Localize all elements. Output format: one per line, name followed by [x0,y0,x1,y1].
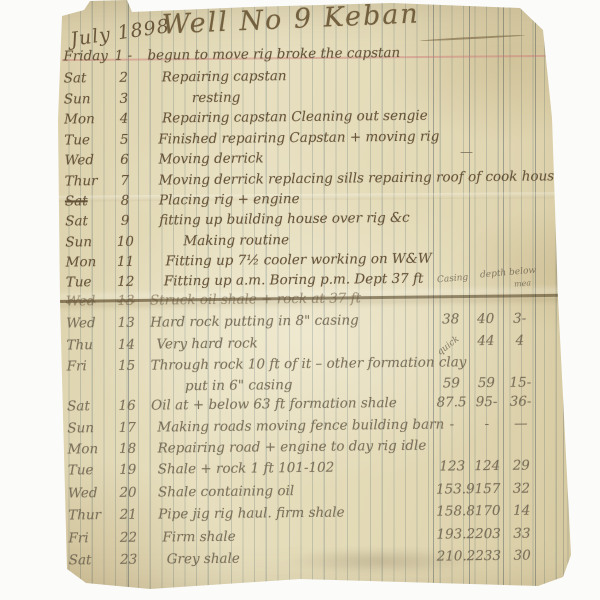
total-depth-value: - [471,416,502,432]
feet-made-value: 14 [506,503,537,519]
day-label: Sat [64,70,108,86]
entry-text: Pipe jig rig haul. firm shale [158,505,345,523]
total-depth-value: 233 [473,548,504,564]
entry-text: Finished repairing Capstan + moving rig [158,129,439,148]
feet-made-value: 15- [505,375,536,391]
entry-text: Repairing road + engine to day rig idle [157,438,426,457]
entry-text: Firm shale [162,529,235,546]
measure-note: mea [514,278,532,288]
casing-depth-value: 59 [435,375,468,391]
date-number: 5 [109,132,139,148]
day-label: Fri [67,358,111,374]
casing-depth-value: 87.5 [435,394,468,410]
total-depth-value: 95- [471,394,502,410]
date-number: 9 [110,213,140,229]
feet-made-value: 29 [506,458,537,474]
date-number: 10 [110,234,140,250]
total-depth-value: 40 [470,311,501,327]
entry-text: Placing rig + engine [159,191,300,208]
entry-text: Moving derrick replacing sills repairing… [159,168,563,188]
feet-made-value: — [505,416,536,432]
date-number: 20 [113,485,143,501]
date-number: 1 - [108,48,138,64]
casing-depth-value: 158.8 [436,503,469,519]
date-number: 18 [112,441,142,457]
entry-text: Shale + rock 1 ft 101-102 [158,460,335,478]
casing-depth-value: 193.2 [436,526,469,542]
casing-depth-value: 153.9 [436,481,469,497]
total-depth-value: 203 [472,526,503,542]
day-label: Friday [63,48,107,64]
feet-made-value: 36- [505,394,536,410]
day-label: Thur [68,507,112,523]
date-number: 7 [110,173,140,189]
entry-text: Through rock 10 ft of it – other formati… [151,354,467,373]
casing-depth-value: 38 [434,311,467,327]
entry-text: fitting up building house over rig &c [159,210,410,229]
ledger-row: Sat23Grey shale210.223330 [3,547,600,573]
day-label: Tue [68,462,112,478]
date-number: 13 [111,315,141,331]
day-label: Wed [66,293,110,309]
date-number: 22 [113,530,143,546]
entry-text: Fitting up 7½ cooler working on W&W [166,251,432,270]
date-number: 13 [111,293,141,309]
day-label: Mon [67,441,111,457]
casing-depth-value: 123 [436,458,469,474]
feet-made-value: 32 [506,481,537,497]
date-number: 3 [109,91,139,107]
casing-depth-value: 210.2 [437,548,470,564]
entry-text: Oil at + below 63 ft formation shale [151,395,397,414]
total-depth-value: 59 [471,375,502,391]
feet-made-value: 4 [504,333,535,349]
total-depth-value: 124 [472,458,503,474]
date-number: 6 [109,152,139,168]
day-label: Mon [64,111,108,127]
day-label: Sun [64,91,108,107]
day-label: Wed [68,485,112,501]
entry-text: Repairing capstan [162,68,287,85]
day-label: Fri [68,530,112,546]
day-label: Sun [65,234,109,250]
day-label: Sun [67,420,111,436]
date-number: 12 [111,274,141,290]
date-number: 11 [111,254,141,270]
feet-made-value: 33 [506,526,537,542]
entry-text: Shale containing oil [158,483,294,500]
date-number: 2 [109,70,139,86]
day-label: Thur [65,173,109,189]
total-depth-value: 157 [472,481,503,497]
entry-text: Making roads moving fence building barn [157,416,444,435]
date-number: 16 [112,398,142,414]
entry-text: Hard rock putting in 8" casing [150,312,359,330]
date-number: 4 [109,111,139,127]
day-label: Thu [66,337,110,353]
day-label: Sat [65,193,109,209]
entries-layer: Friday1 -begun to move rig broke the cap… [0,0,600,600]
entry-text: resting [192,90,241,107]
date-number: 14 [111,337,141,353]
feet-made-value: 30 [507,548,538,564]
date-number: 21 [113,507,143,523]
ledger-row: Thur21Pipe jig rig haul. firm shale158.8… [2,502,600,528]
entry-text: Moving derrick [158,150,263,167]
day-label: Sat [69,552,113,568]
entry-text: Grey shale [167,551,240,568]
entry-text-line2: put in 6" casing [185,377,293,394]
total-depth-value: 170 [472,503,503,519]
entry-text: Struck oil shale + rock at 37 ft [150,290,361,308]
day-label: Wed [66,315,110,331]
entry-text: begun to move rig broke the capstan [147,45,400,64]
day-label: Sat [65,213,109,229]
casing-depth-value: - [435,416,468,432]
day-label: Sat [67,398,111,414]
date-number: 15 [112,358,142,374]
day-label: Mon [66,254,110,270]
date-number: 8 [110,193,140,209]
entry-text: Fitting up a.m. Boring p.m. Dept 37 ft [164,271,424,290]
total-depth-value: 44 [470,333,501,349]
feet-made-value: 3- [504,311,535,327]
scanned-document: July 1898 Well No 9 Keban Friday1 -begun… [0,0,600,600]
stray-dash: — [460,145,473,160]
ledger-paper-sheet: July 1898 Well No 9 Keban Friday1 -begun… [0,0,600,600]
day-label: Tue [64,132,108,148]
entry-text: Making routine [183,232,289,249]
date-number: 23 [114,552,144,568]
day-label: Tue [66,274,110,290]
entry-text: Repairing capstan Cleaning out sengie [162,108,428,127]
date-number: 17 [112,420,142,436]
day-label: Wed [64,152,108,168]
date-number: 19 [113,462,143,478]
entry-text: Very hard rock [156,335,257,352]
